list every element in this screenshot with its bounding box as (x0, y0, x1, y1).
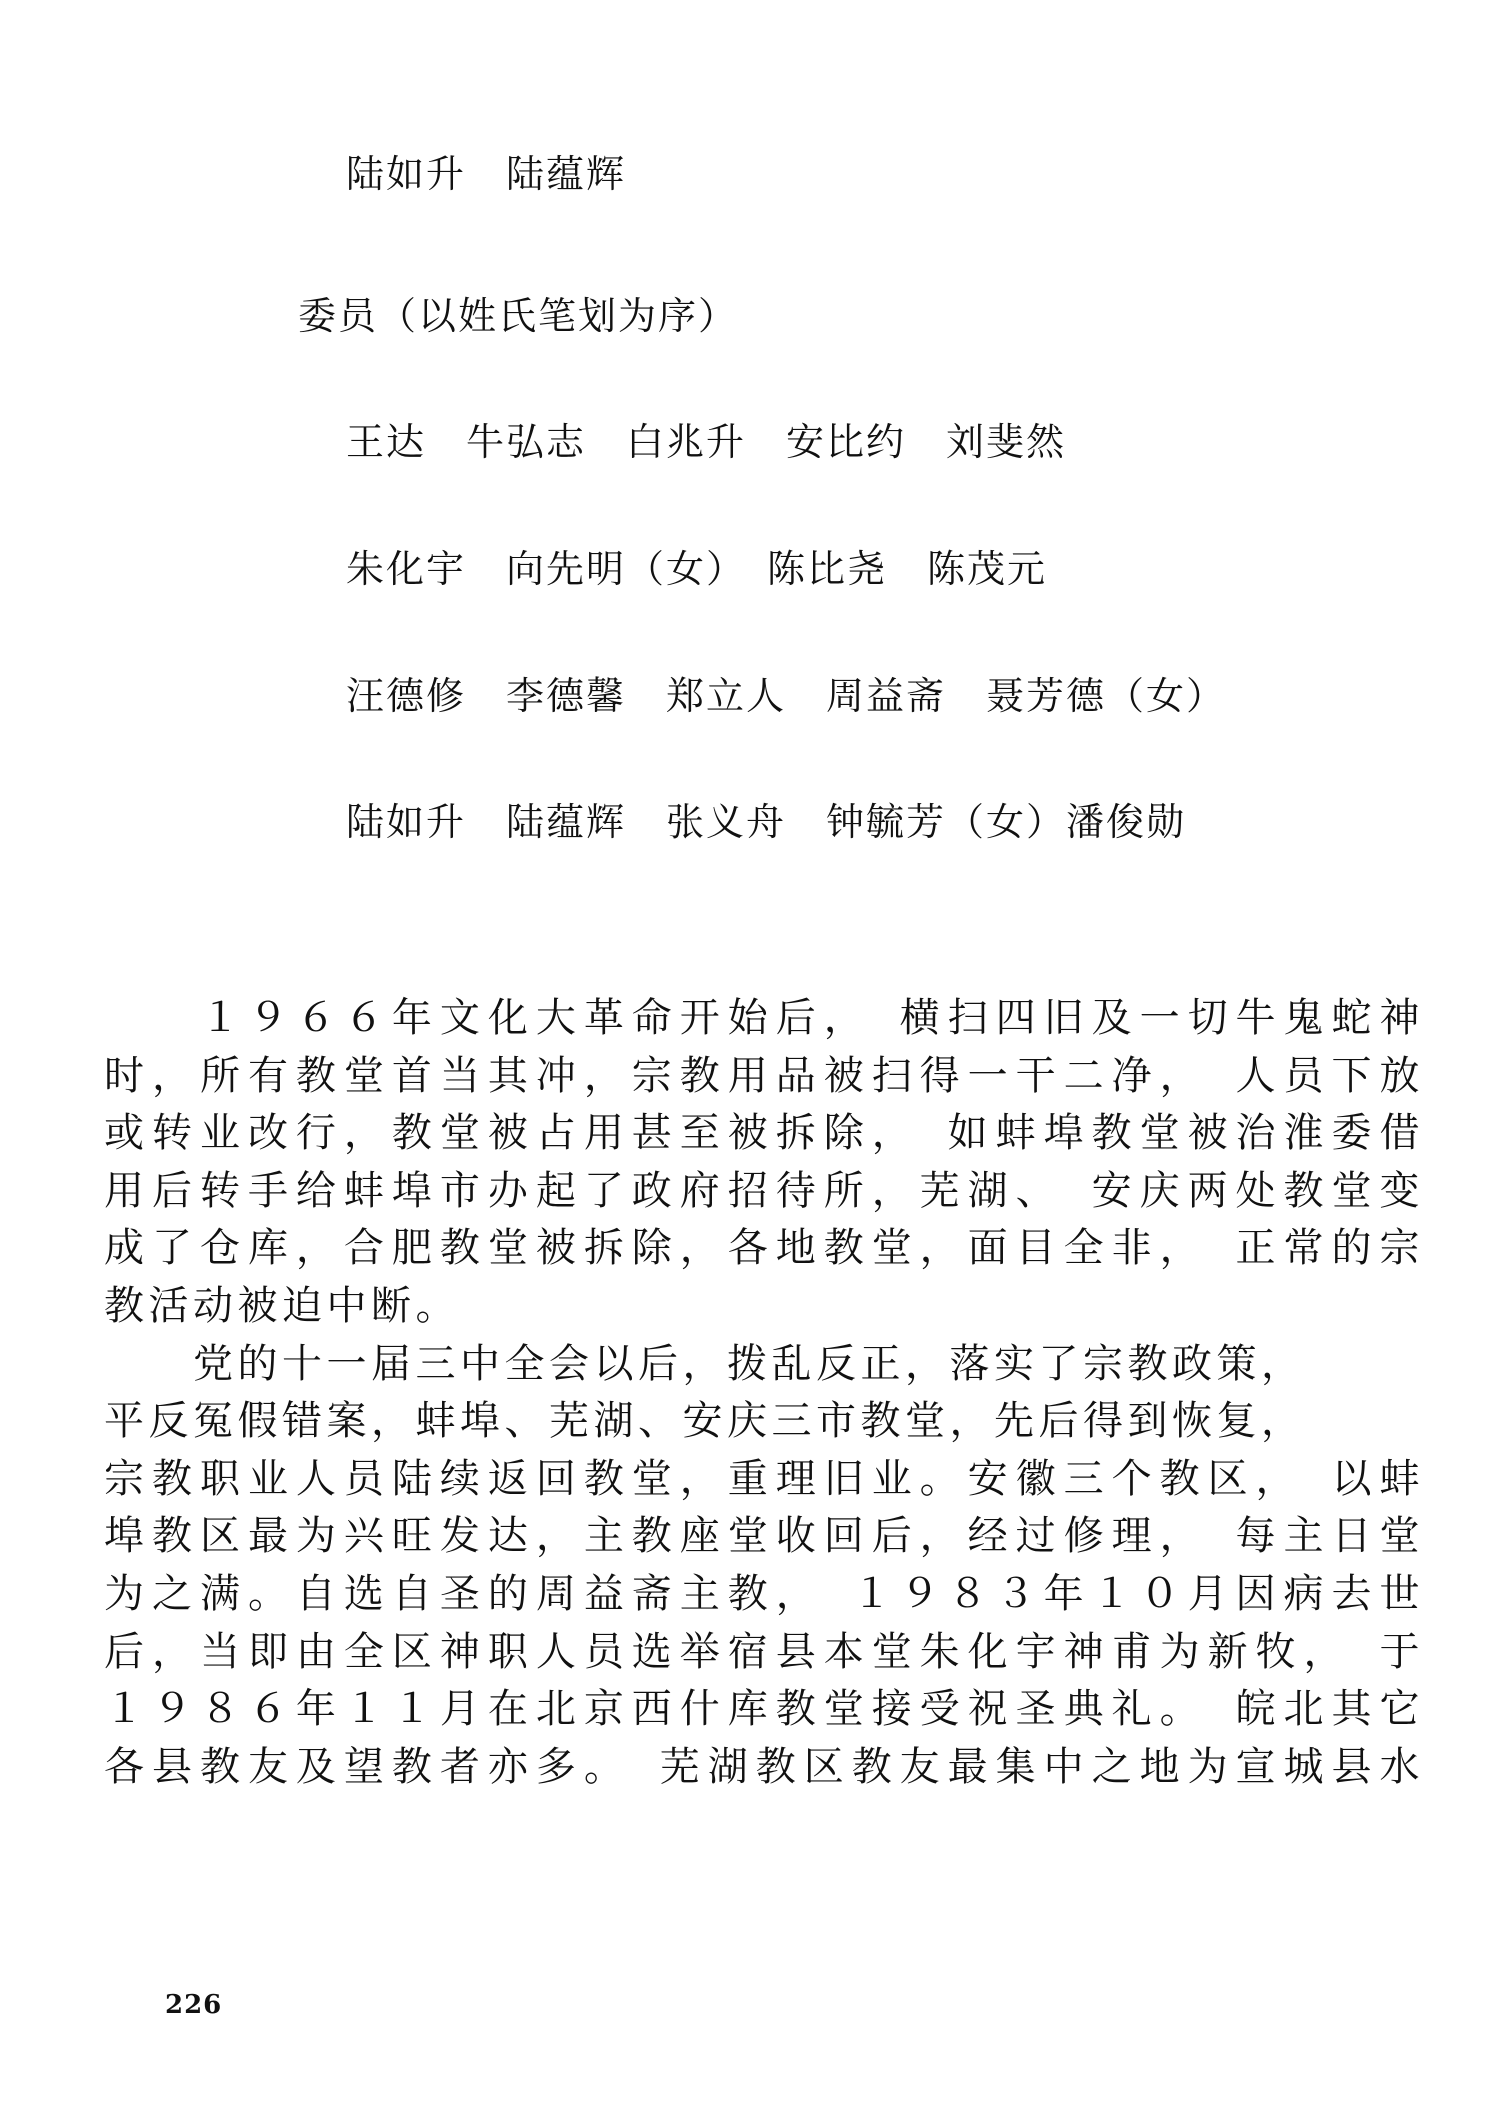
body-text: １９６６年文化大革命开始后， 横扫四旧及一切牛鬼蛇神 时，所有教堂首当其冲，宗教… (104, 990, 1424, 1796)
paragraph-line: 时，所有教堂首当其冲，宗教用品被扫得一干二净， 人员下放 (104, 1048, 1424, 1106)
committee-row: 汪德修 李德馨 郑立人 周益斋 聂芳德（女） (346, 672, 1226, 720)
committee-heading: 委员（以姓氏笔划为序） (298, 292, 738, 340)
paragraph-line: 成了仓库，合肥教堂被拆除，各地教堂，面目全非， 正常的宗 (104, 1220, 1424, 1278)
page-number: 226 (165, 1990, 222, 2020)
paragraph-line: 教活动被迫中断。 (104, 1278, 1424, 1336)
paragraph-line: 各县教友及望教者亦多。 芜湖教区教友最集中之地为宣城县水 (104, 1739, 1424, 1797)
committee-row: 陆如升 陆蕴辉 张义舟 钟毓芳（女）潘俊勋 (346, 798, 1186, 846)
paragraph-line: 后，当即由全区神职人员选举宿县本堂朱化宇神甫为新牧， 于 (104, 1624, 1424, 1682)
paragraph-line: 用后转手给蚌埠市办起了政府招待所，芜湖、 安庆两处教堂变 (104, 1163, 1424, 1221)
paragraph-1: １９６６年文化大革命开始后， 横扫四旧及一切牛鬼蛇神 时，所有教堂首当其冲，宗教… (104, 990, 1424, 1336)
paragraph-2: 党的十一届三中全会以后，拨乱反正，落实了宗教政策， 平反冤假错案，蚌埠、芜湖、安… (104, 1336, 1424, 1797)
paragraph-line: 为之满。自选自圣的周益斋主教， １９８３年１０月因病去世 (104, 1566, 1424, 1624)
names-line-top: 陆如升 陆蕴辉 (346, 150, 626, 198)
paragraph-line: 埠教区最为兴旺发达，主教座堂收回后，经过修理， 每主日堂 (104, 1508, 1424, 1566)
paragraph-line: 平反冤假错案，蚌埠、芜湖、安庆三市教堂，先后得到恢复， (104, 1393, 1424, 1451)
paragraph-line: １９６６年文化大革命开始后， 横扫四旧及一切牛鬼蛇神 (104, 990, 1424, 1048)
paragraph-line: １９８６年１１月在北京西什库教堂接受祝圣典礼。 皖北其它 (104, 1681, 1424, 1739)
committee-row: 王达 牛弘志 白兆升 安比约 刘斐然 (346, 418, 1066, 466)
document-page: 陆如升 陆蕴辉 委员（以姓氏笔划为序） 王达 牛弘志 白兆升 安比约 刘斐然 朱… (0, 0, 1500, 2127)
paragraph-line: 或转业改行，教堂被占用甚至被拆除， 如蚌埠教堂被治淮委借 (104, 1105, 1424, 1163)
paragraph-line: 党的十一届三中全会以后，拨乱反正，落实了宗教政策， (104, 1336, 1424, 1394)
paragraph-line: 宗教职业人员陆续返回教堂，重理旧业。安徽三个教区， 以蚌 (104, 1451, 1424, 1509)
committee-row: 朱化宇 向先明（女） 陈比尧 陈茂元 (346, 545, 1047, 593)
